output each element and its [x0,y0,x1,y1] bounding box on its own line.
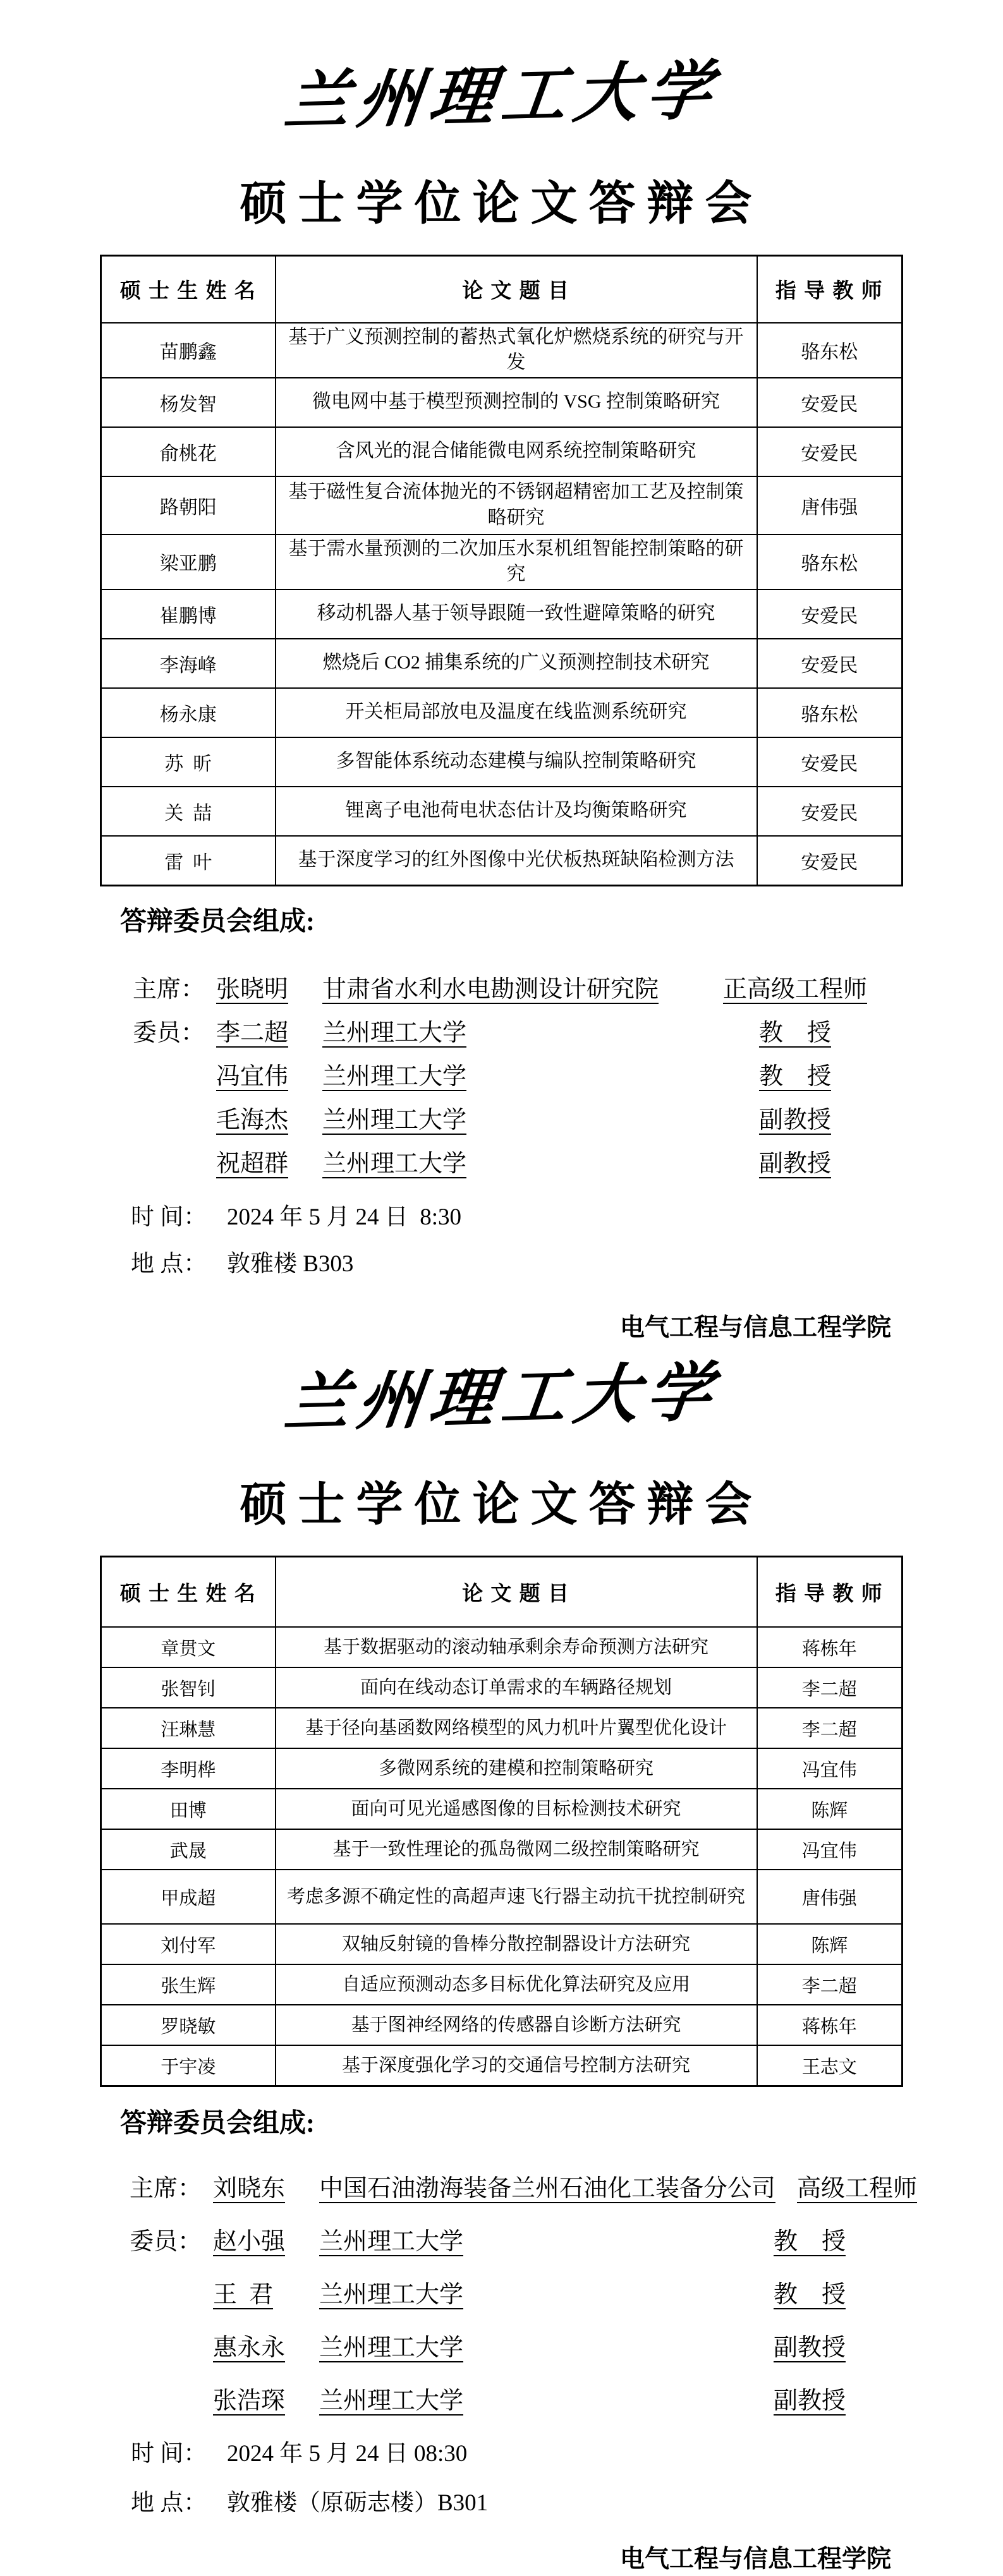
table-row: 苏 昕 多智能体系统动态建模与编队控制策略研究 安爱民 [101,737,903,787]
thesis-title-cell: 自适应预测动态多目标优化算法研究及应用 [276,1964,757,2005]
committee-row: 委员： 李二超 兰州理工大学 教 授 [133,1008,877,1052]
table-row: 李海峰 燃烧后 CO2 捕集系统的广义预测控制技术研究 安爱民 [101,639,903,688]
college-signature: 电气工程与信息工程学院 [0,2543,891,2576]
committee-role-label: 委员： [133,1013,216,1048]
student-name-cell: 张生辉 [101,1964,276,2005]
table-header-row: 硕 士 生 姓 名 论 文 题 目 指 导 教 师 [101,1557,903,1628]
advisor-cell: 安爱民 [757,427,903,476]
advisor-cell: 安爱民 [757,787,903,836]
table-header-row: 硕 士 生 姓 名 论 文 题 目 指 导 教 师 [101,255,903,323]
table-row: 田博 面向可见光遥感图像的目标检测技术研究 陈辉 [101,1789,903,1829]
table-row: 崔鹏博 移动机器人基于领导跟随一致性避障策略的研究 安爱民 [101,590,903,639]
committee-member-affiliation: 兰州理工大学 [319,2381,728,2416]
advisor-cell: 安爱民 [757,590,903,639]
location-label: 地 点： [131,1249,227,1280]
committee-member-title: 教 授 [728,2275,891,2309]
committee-member-title: 副教授 [728,2381,891,2416]
thesis-title-cell: 双轴反射镜的鲁棒分散控制器设计方法研究 [276,1924,757,1964]
time-row: 时 间： 2024 年 5 月 24 日 8:30 [131,1202,1003,1233]
committee-member-name: 张浩琛 [213,2381,319,2416]
student-name-cell: 杨永康 [101,688,276,737]
committee-member-name: 毛海杰 [216,1100,322,1135]
defense-announcement-1: 兰州理工大学 硕士学位论文答辩会 硕 士 生 姓 名 论 文 题 目 指 导 教… [0,0,1003,1345]
student-name-cell: 崔鹏博 [101,590,276,639]
advisor-cell: 蒋栋年 [757,2005,903,2045]
advisor-cell: 骆东松 [757,688,903,737]
page-title: 硕士学位论文答辩会 [0,166,1003,233]
student-name-cell: 武晟 [101,1829,276,1870]
committee-member-title: 教 授 [714,1056,877,1091]
committee-row: 冯宜伟 兰州理工大学 教 授 [133,1052,877,1096]
committee-member-affiliation: 兰州理工大学 [319,2222,728,2256]
student-name-cell: 俞桃花 [101,427,276,476]
thesis-title-cell: 多微网系统的建模和控制策略研究 [276,1748,757,1789]
committee-member-affiliation: 兰州理工大学 [322,1056,714,1091]
table-row: 武晟 基于一致性理论的孤岛微网二级控制策略研究 冯宜伟 [101,1829,903,1870]
advisor-cell: 安爱民 [757,378,903,427]
col-header-thesis-title: 论 文 题 目 [276,1557,757,1628]
student-name-cell: 罗晓敏 [101,2005,276,2045]
thesis-title-cell: 移动机器人基于领导跟随一致性避障策略的研究 [276,590,757,639]
thesis-title-cell: 考虑多源不确定性的高超声速飞行器主动抗干扰控制研究 [276,1870,757,1924]
table-row: 路朝阳 基于磁性复合流体抛光的不锈钢超精密加工艺及控制策略研究 唐伟强 [101,476,903,535]
committee-member-title: 教 授 [728,2222,891,2256]
committee-member-affiliation: 兰州理工大学 [322,1144,714,1178]
committee-member-affiliation: 中国石油渤海装备兰州石油化工装备分公司 [319,2168,775,2203]
thesis-title-cell: 面向在线动态订单需求的车辆路径规划 [276,1667,757,1708]
thesis-title-cell: 多智能体系统动态建模与编队控制策略研究 [276,737,757,787]
advisor-cell: 李二超 [757,1708,903,1748]
time-label: 时 间： [131,2438,227,2470]
thesis-title-cell: 基于磁性复合流体抛光的不锈钢超精密加工艺及控制策略研究 [276,476,757,535]
advisor-cell: 唐伟强 [757,1870,903,1924]
document-page: 兰州理工大学 硕士学位论文答辩会 硕 士 生 姓 名 论 文 题 目 指 导 教… [0,0,1003,2576]
committee-member-title: 高级工程师 [775,2168,939,2203]
committee-row: 主席： 张晓明 甘肃省水利水电勘测设计研究院 正高级工程师 [133,965,877,1008]
table-row: 张生辉 自适应预测动态多目标优化算法研究及应用 李二超 [101,1964,903,2005]
student-name-cell: 杨发智 [101,378,276,427]
committee-role-label: 委员： [130,2222,213,2256]
thesis-title-cell: 面向可见光遥感图像的目标检测技术研究 [276,1789,757,1829]
committee-member-affiliation: 兰州理工大学 [319,2328,728,2362]
student-name-cell: 苗鹏鑫 [101,323,276,378]
committee-list: 主席： 刘晓东 中国石油渤海装备兰州石油化工装备分公司 高级工程师 委员： 赵小… [0,2159,1003,2424]
student-name-cell: 梁亚鹏 [101,535,276,590]
table-row: 刘付军 双轴反射镜的鲁棒分散控制器设计方法研究 陈辉 [101,1924,903,1964]
university-logo-calligraphy: 兰州理工大学 [0,0,1003,140]
table-row: 汪琳慧 基于径向基函数网络模型的风力机叶片翼型优化设计 李二超 [101,1708,903,1748]
committee-role-label: 主席： [133,969,216,1004]
student-name-cell: 雷 叶 [101,836,276,886]
committee-member-title: 副教授 [728,2328,891,2362]
student-name-cell: 李海峰 [101,639,276,688]
student-name-cell: 张智钊 [101,1667,276,1708]
committee-member-affiliation: 兰州理工大学 [322,1013,714,1048]
location-label: 地 点： [131,2488,227,2519]
table-row: 关 喆 锂离子电池荷电状态估计及均衡策略研究 安爱民 [101,787,903,836]
advisor-cell: 冯宜伟 [757,1829,903,1870]
committee-member-affiliation: 兰州理工大学 [322,1100,714,1135]
thesis-defense-table: 硕 士 生 姓 名 论 文 题 目 指 导 教 师 苗鹏鑫 基于广义预测控制的蓄… [100,255,903,886]
col-header-student-name: 硕 士 生 姓 名 [101,255,276,323]
student-name-cell: 关 喆 [101,787,276,836]
advisor-cell: 安爱民 [757,639,903,688]
committee-member-name: 王 君 [213,2275,319,2309]
table-row: 杨发智 微电网中基于模型预测控制的 VSG 控制策略研究 安爱民 [101,378,903,427]
advisor-cell: 王志文 [757,2045,903,2086]
time-value: 2024 年 5 月 24 日 8:30 [227,1202,461,1233]
committee-row: 主席： 刘晓东 中国石油渤海装备兰州石油化工装备分公司 高级工程师 [130,2159,891,2212]
thesis-title-cell: 基于广义预测控制的蓄热式氧化炉燃烧系统的研究与开发 [276,323,757,378]
advisor-cell: 冯宜伟 [757,1748,903,1789]
committee-row: 惠永永 兰州理工大学 副教授 [130,2318,891,2371]
committee-member-affiliation: 兰州理工大学 [319,2275,728,2309]
defense-announcement-2: 兰州理工大学 硕士学位论文答辩会 硕 士 生 姓 名 论 文 题 目 指 导 教… [0,1345,1003,2576]
thesis-title-cell: 基于数据驱动的滚动轴承剩余寿命预测方法研究 [276,1627,757,1667]
location-value: 敦雅楼（原砺志楼）B301 [227,2488,488,2519]
location-row: 地 点： 敦雅楼 B303 [131,1249,1003,1280]
student-name-cell: 章贯文 [101,1627,276,1667]
thesis-title-cell: 基于深度强化学习的交通信号控制方法研究 [276,2045,757,2086]
student-name-cell: 李明桦 [101,1748,276,1789]
committee-member-title: 副教授 [714,1144,877,1178]
thesis-title-cell: 含风光的混合储能微电网系统控制策略研究 [276,427,757,476]
advisor-cell: 安爱民 [757,737,903,787]
thesis-title-cell: 基于图神经网络的传感器自诊断方法研究 [276,2005,757,2045]
location-value: 敦雅楼 B303 [227,1249,353,1280]
thesis-title-cell: 开关柜局部放电及温度在线监测系统研究 [276,688,757,737]
table-row: 张智钊 面向在线动态订单需求的车辆路径规划 李二超 [101,1667,903,1708]
advisor-cell: 骆东松 [757,535,903,590]
table-row: 于宇凌 基于深度强化学习的交通信号控制方法研究 王志文 [101,2045,903,2086]
col-header-student-name: 硕 士 生 姓 名 [101,1557,276,1628]
college-signature: 电气工程与信息工程学院 [0,1312,891,1345]
advisor-cell: 李二超 [757,1667,903,1708]
committee-row: 祝超群 兰州理工大学 副教授 [133,1139,877,1183]
committee-member-title: 教 授 [714,1013,877,1048]
thesis-defense-table: 硕 士 生 姓 名 论 文 题 目 指 导 教 师 章贯文 基于数据驱动的滚动轴… [100,1556,903,2087]
committee-list: 主席： 张晓明 甘肃省水利水电勘测设计研究院 正高级工程师 委员： 李二超 兰州… [0,965,1003,1183]
committee-row: 委员： 赵小强 兰州理工大学 教 授 [130,2212,891,2265]
student-name-cell: 汪琳慧 [101,1708,276,1748]
committee-member-name: 祝超群 [216,1144,322,1178]
table-row: 雷 叶 基于深度学习的红外图像中光伏板热斑缺陷检测方法 安爱民 [101,836,903,886]
thesis-title-cell: 基于一致性理论的孤岛微网二级控制策略研究 [276,1829,757,1870]
committee-row: 毛海杰 兰州理工大学 副教授 [133,1096,877,1139]
table-row: 甲成超 考虑多源不确定性的高超声速飞行器主动抗干扰控制研究 唐伟强 [101,1870,903,1924]
thesis-title-cell: 燃烧后 CO2 捕集系统的广义预测控制技术研究 [276,639,757,688]
table-row: 苗鹏鑫 基于广义预测控制的蓄热式氧化炉燃烧系统的研究与开发 骆东松 [101,323,903,378]
committee-member-title: 副教授 [714,1100,877,1135]
table-row: 章贯文 基于数据驱动的滚动轴承剩余寿命预测方法研究 蒋栋年 [101,1627,903,1667]
university-logo-calligraphy: 兰州理工大学 [0,1345,1003,1441]
time-value: 2024 年 5 月 24 日 08:30 [227,2438,467,2470]
advisor-cell: 唐伟强 [757,476,903,535]
committee-row: 张浩琛 兰州理工大学 副教授 [130,2371,891,2424]
advisor-cell: 李二超 [757,1964,903,2005]
student-name-cell: 苏 昕 [101,737,276,787]
col-header-advisor: 指 导 教 师 [757,255,903,323]
student-name-cell: 田博 [101,1789,276,1829]
advisor-cell: 蒋栋年 [757,1627,903,1667]
table-row: 俞桃花 含风光的混合储能微电网系统控制策略研究 安爱民 [101,427,903,476]
advisor-cell: 骆东松 [757,323,903,378]
advisor-cell: 陈辉 [757,1924,903,1964]
page-title: 硕士学位论文答辩会 [0,1467,1003,1534]
thesis-title-cell: 基于径向基函数网络模型的风力机叶片翼型优化设计 [276,1708,757,1748]
committee-member-name: 惠永永 [213,2328,319,2362]
student-name-cell: 路朝阳 [101,476,276,535]
university-name: 兰州理工大学 [280,1351,723,1446]
col-header-thesis-title: 论 文 题 目 [276,255,757,323]
committee-member-name: 李二超 [216,1013,322,1048]
col-header-advisor: 指 导 教 师 [757,1557,903,1628]
table-row: 杨永康 开关柜局部放电及温度在线监测系统研究 骆东松 [101,688,903,737]
committee-member-name: 冯宜伟 [216,1056,322,1091]
committee-member-affiliation: 甘肃省水利水电勘测设计研究院 [322,969,714,1004]
committee-row: 王 君 兰州理工大学 教 授 [130,2265,891,2318]
thesis-title-cell: 微电网中基于模型预测控制的 VSG 控制策略研究 [276,378,757,427]
committee-role-label: 主席： [130,2168,213,2203]
student-name-cell: 刘付军 [101,1924,276,1964]
thesis-title-cell: 锂离子电池荷电状态估计及均衡策略研究 [276,787,757,836]
thesis-title-cell: 基于深度学习的红外图像中光伏板热斑缺陷检测方法 [276,836,757,886]
committee-member-name: 张晓明 [216,969,322,1004]
student-name-cell: 于宇凌 [101,2045,276,2086]
thesis-title-cell: 基于需水量预测的二次加压水泵机组智能控制策略的研究 [276,535,757,590]
time-row: 时 间： 2024 年 5 月 24 日 08:30 [131,2438,1003,2470]
table-row: 罗晓敏 基于图神经网络的传感器自诊断方法研究 蒋栋年 [101,2005,903,2045]
table-row: 李明桦 多微网系统的建模和控制策略研究 冯宜伟 [101,1748,903,1789]
time-label: 时 间： [131,1202,227,1233]
committee-heading: 答辩委员会组成: [120,900,1003,938]
advisor-cell: 安爱民 [757,836,903,886]
committee-member-name: 刘晓东 [213,2168,319,2203]
committee-member-name: 赵小强 [213,2222,319,2256]
table-row: 梁亚鹏 基于需水量预测的二次加压水泵机组智能控制策略的研究 骆东松 [101,535,903,590]
university-name: 兰州理工大学 [280,50,723,145]
advisor-cell: 陈辉 [757,1789,903,1829]
student-name-cell: 甲成超 [101,1870,276,1924]
committee-member-title: 正高级工程师 [714,969,877,1004]
committee-heading: 答辩委员会组成: [120,2102,1003,2140]
location-row: 地 点： 敦雅楼（原砺志楼）B301 [131,2488,1003,2519]
